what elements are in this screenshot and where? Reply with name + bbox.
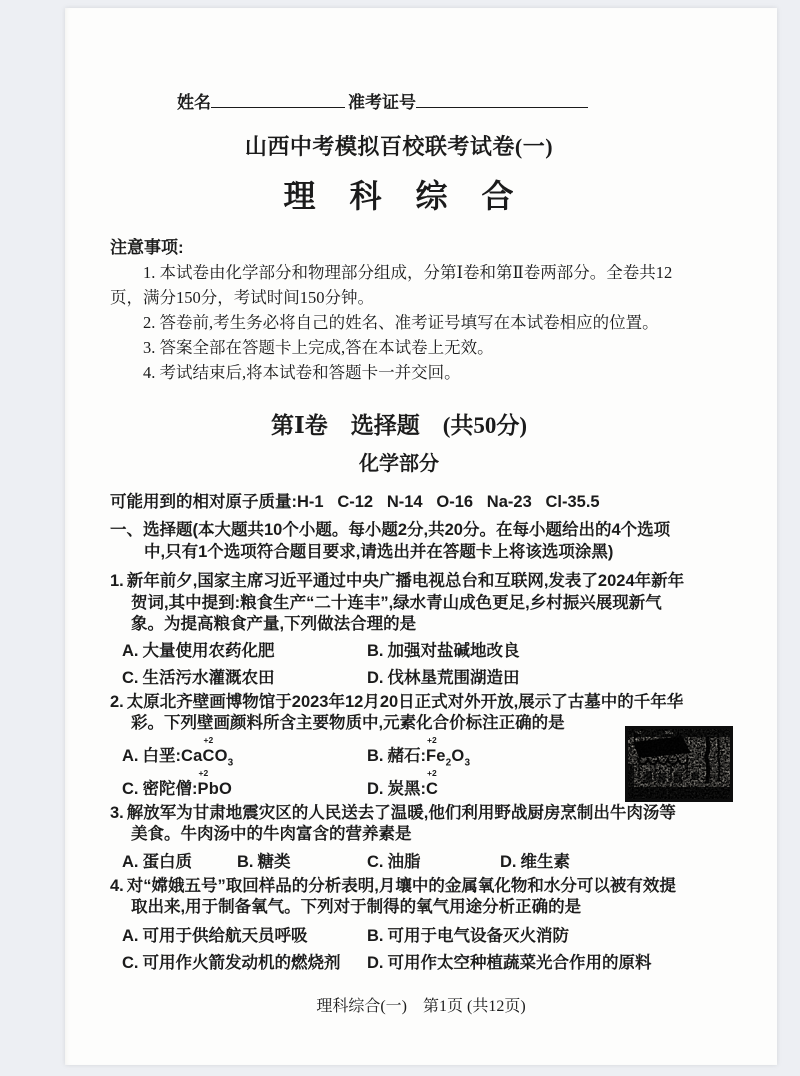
option-d: D.可用作太空种植蔬菜光合作用的原料 (367, 950, 688, 977)
option-label: A. (122, 642, 139, 660)
option-b: B.加强对盐碱地改良 (367, 638, 688, 665)
question-2: 2.太原北齐壁画博物馆于2023年12月20日正式对外开放,展示了古墓中的千年华… (110, 692, 688, 803)
question-3-text: 3.解放军为甘肃地震灾区的人民送去了温暖,他们利用野战厨房烹制出牛肉汤等美食。牛… (110, 803, 688, 846)
mural-image (625, 726, 733, 802)
exam-paper: 姓名准考证号 山西中考模拟百校联考试卷(一) 理 科 综 合 注意事项: 1. … (65, 8, 777, 1065)
notice-item-2: 2. 答卷前,考生务必将自己的姓名、准考证号填写在本试卷相应的位置。 (110, 310, 688, 335)
option-label: A. (122, 747, 139, 765)
option-c: C.生活污水灌溉农田 (122, 665, 367, 692)
notice-item-1: 1. 本试卷由化学部分和物理部分组成，分第Ⅰ卷和第Ⅱ卷两部分。全卷共12页，满分… (110, 260, 688, 310)
option-label: A. (122, 853, 139, 871)
section-title: 第Ⅰ卷 选择题 (共50分) (110, 411, 688, 441)
exam-title: 山西中考模拟百校联考试卷(一) (110, 132, 688, 162)
option-label: B. (367, 642, 384, 660)
question-body: 新年前夕,国家主席习近平通过中央广播电视总台和互联网,发表了2024年新年贺词,… (127, 572, 684, 633)
name-label: 姓名 (177, 93, 211, 112)
ticket-blank-line (416, 92, 588, 108)
chemical-formula: +2Fe2O3 (426, 747, 470, 765)
option-label: D. (367, 669, 384, 687)
question-3: 3.解放军为甘肃地震灾区的人民送去了温暖,他们利用野战厨房烹制出牛肉汤等美食。牛… (110, 803, 688, 876)
pigment-name: 密陀僧: (143, 780, 198, 798)
option-b: B.可用于电气设备灭火消防 (367, 923, 688, 950)
question-4-options: A.可用于供给航天员呼吸 B.可用于电气设备灭火消防 C.可用作火箭发动机的燃烧… (122, 923, 688, 977)
option-a: A.白垩:Ca+2CO3 (122, 743, 367, 776)
option-a: A.可用于供给航天员呼吸 (122, 923, 367, 950)
notice-item-3: 3. 答案全部在答题卡上完成,答在本试卷上无效。 (110, 335, 688, 360)
option-label: C. (122, 780, 139, 798)
option-a: A.蛋白质 (122, 849, 237, 876)
question-1-options: A.大量使用农药化肥 B.加强对盐碱地改良 C.生活污水灌溉农田 D.伐林垦荒围… (122, 638, 688, 692)
question-2-text: 2.太原北齐壁画博物馆于2023年12月20日正式对外开放,展示了古墓中的千年华… (110, 692, 688, 735)
option-text: 可用作太空种植蔬菜光合作用的原料 (388, 954, 652, 972)
question-4-text: 4.对“嫦娥五号”取回样品的分析表明,月壤中的金属氧化物和水分可以被有效提取出来… (110, 876, 688, 919)
multiple-choice-instruction: 一、选择题(本大题共10个小题。每小题2分,共20分。在每小题给出的4个选项中,… (110, 519, 688, 563)
option-label: B. (367, 927, 384, 945)
screenshot-root: { "colors": { "page_bg": "#edeff3", "pap… (0, 0, 800, 1076)
page-footer: 理科综合(一) 第1页 (共12页) (65, 996, 777, 1018)
option-label: C. (122, 954, 139, 972)
question-number: 1. (110, 572, 124, 590)
option-d: D.维生素 (500, 849, 688, 876)
option-label: B. (367, 747, 384, 765)
chemical-formula: Ca+2CO3 (181, 747, 233, 765)
option-text: 加强对盐碱地改良 (388, 642, 520, 660)
option-label: A. (122, 927, 139, 945)
option-text: 维生素 (521, 853, 571, 871)
chemical-formula: +2PbO (198, 780, 233, 798)
option-c: C.密陀僧:+2PbO (122, 776, 367, 803)
atomic-mass-line: 可能用到的相对原子质量:H-1 C-12 N-14 O-16 Na-23 Cl-… (110, 491, 688, 513)
name-blank-line (211, 92, 345, 108)
option-c: C.可用作火箭发动机的燃烧剂 (122, 950, 367, 977)
pigment-name: 白垩: (143, 747, 182, 765)
question-3-options: A.蛋白质 B.糖类 C.油脂 D.维生素 (122, 849, 688, 876)
option-label: D. (367, 780, 384, 798)
option-text: 可用于供给航天员呼吸 (143, 927, 308, 945)
question-number: 2. (110, 693, 124, 711)
option-c: C.油脂 (367, 849, 500, 876)
question-number: 3. (110, 804, 124, 822)
option-d: D.伐林垦荒围湖造田 (367, 665, 688, 692)
notice-item-4: 4. 考试结束后,将本试卷和答题卡一并交回。 (110, 360, 688, 385)
option-text: 可用作火箭发动机的燃烧剂 (143, 954, 341, 972)
option-text: 油脂 (388, 853, 421, 871)
pigment-name: 赭石: (388, 747, 427, 765)
question-body: 解放军为甘肃地震灾区的人民送去了温暖,他们利用野战厨房烹制出牛肉汤等美食。牛肉汤… (127, 804, 676, 844)
ticket-label: 准考证号 (348, 93, 416, 112)
option-text: 生活污水灌溉农田 (143, 669, 275, 687)
option-label: C. (122, 669, 139, 687)
part-title-chemistry: 化学部分 (110, 451, 688, 477)
notice-heading: 注意事项: (110, 236, 688, 260)
mural-illustration (625, 726, 733, 802)
question-body: 太原北齐壁画博物馆于2023年12月20日正式对外开放,展示了古墓中的千年华彩。… (127, 693, 684, 733)
name-ticket-row: 姓名准考证号 (177, 88, 688, 110)
question-number: 4. (110, 877, 124, 895)
option-text: 蛋白质 (143, 853, 193, 871)
option-text: 可用于电气设备灭火消防 (388, 927, 570, 945)
option-label: C. (367, 853, 384, 871)
option-label: D. (367, 954, 384, 972)
option-b: B.糖类 (237, 849, 367, 876)
question-1: 1.新年前夕,国家主席习近平通过中央广播电视总台和互联网,发表了2024年新年贺… (110, 571, 688, 692)
option-label: D. (500, 853, 517, 871)
question-4: 4.对“嫦娥五号”取回样品的分析表明,月壤中的金属氧化物和水分可以被有效提取出来… (110, 876, 688, 977)
chemical-formula: +2C (426, 780, 438, 798)
option-text: 大量使用农药化肥 (143, 642, 275, 660)
option-text: 糖类 (258, 853, 291, 871)
question-1-text: 1.新年前夕,国家主席习近平通过中央广播电视总台和互联网,发表了2024年新年贺… (110, 571, 688, 636)
pigment-name: 炭黑: (388, 780, 427, 798)
question-body: 对“嫦娥五号”取回样品的分析表明,月壤中的金属氧化物和水分可以被有效提取出来,用… (127, 877, 676, 917)
question-2-options: A.白垩:Ca+2CO3 B.赭石:+2Fe2O3 C.密陀僧:+2PbO D.… (122, 743, 688, 803)
option-a: A.大量使用农药化肥 (122, 638, 367, 665)
subject-title: 理 科 综 合 (110, 174, 688, 218)
option-label: B. (237, 853, 254, 871)
option-text: 伐林垦荒围湖造田 (388, 669, 520, 687)
